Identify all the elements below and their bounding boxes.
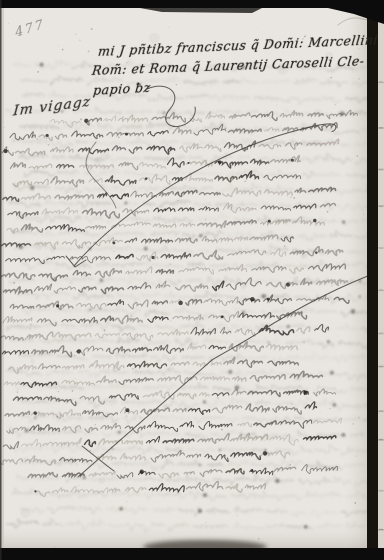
- manuscript-page: 477 mi J pñtibz franciscus q̃ Dom̃i: Mar…: [0, 0, 384, 560]
- top-scan-border: [0, 0, 384, 8]
- left-scan-border: [0, 0, 2, 560]
- page-gutter: [367, 0, 378, 560]
- header-line-3: papio ƀz: [92, 80, 151, 98]
- next-page-sliver: [378, 0, 384, 560]
- bottom-scan-border: [0, 548, 384, 560]
- manuscript-artwork: [0, 0, 384, 560]
